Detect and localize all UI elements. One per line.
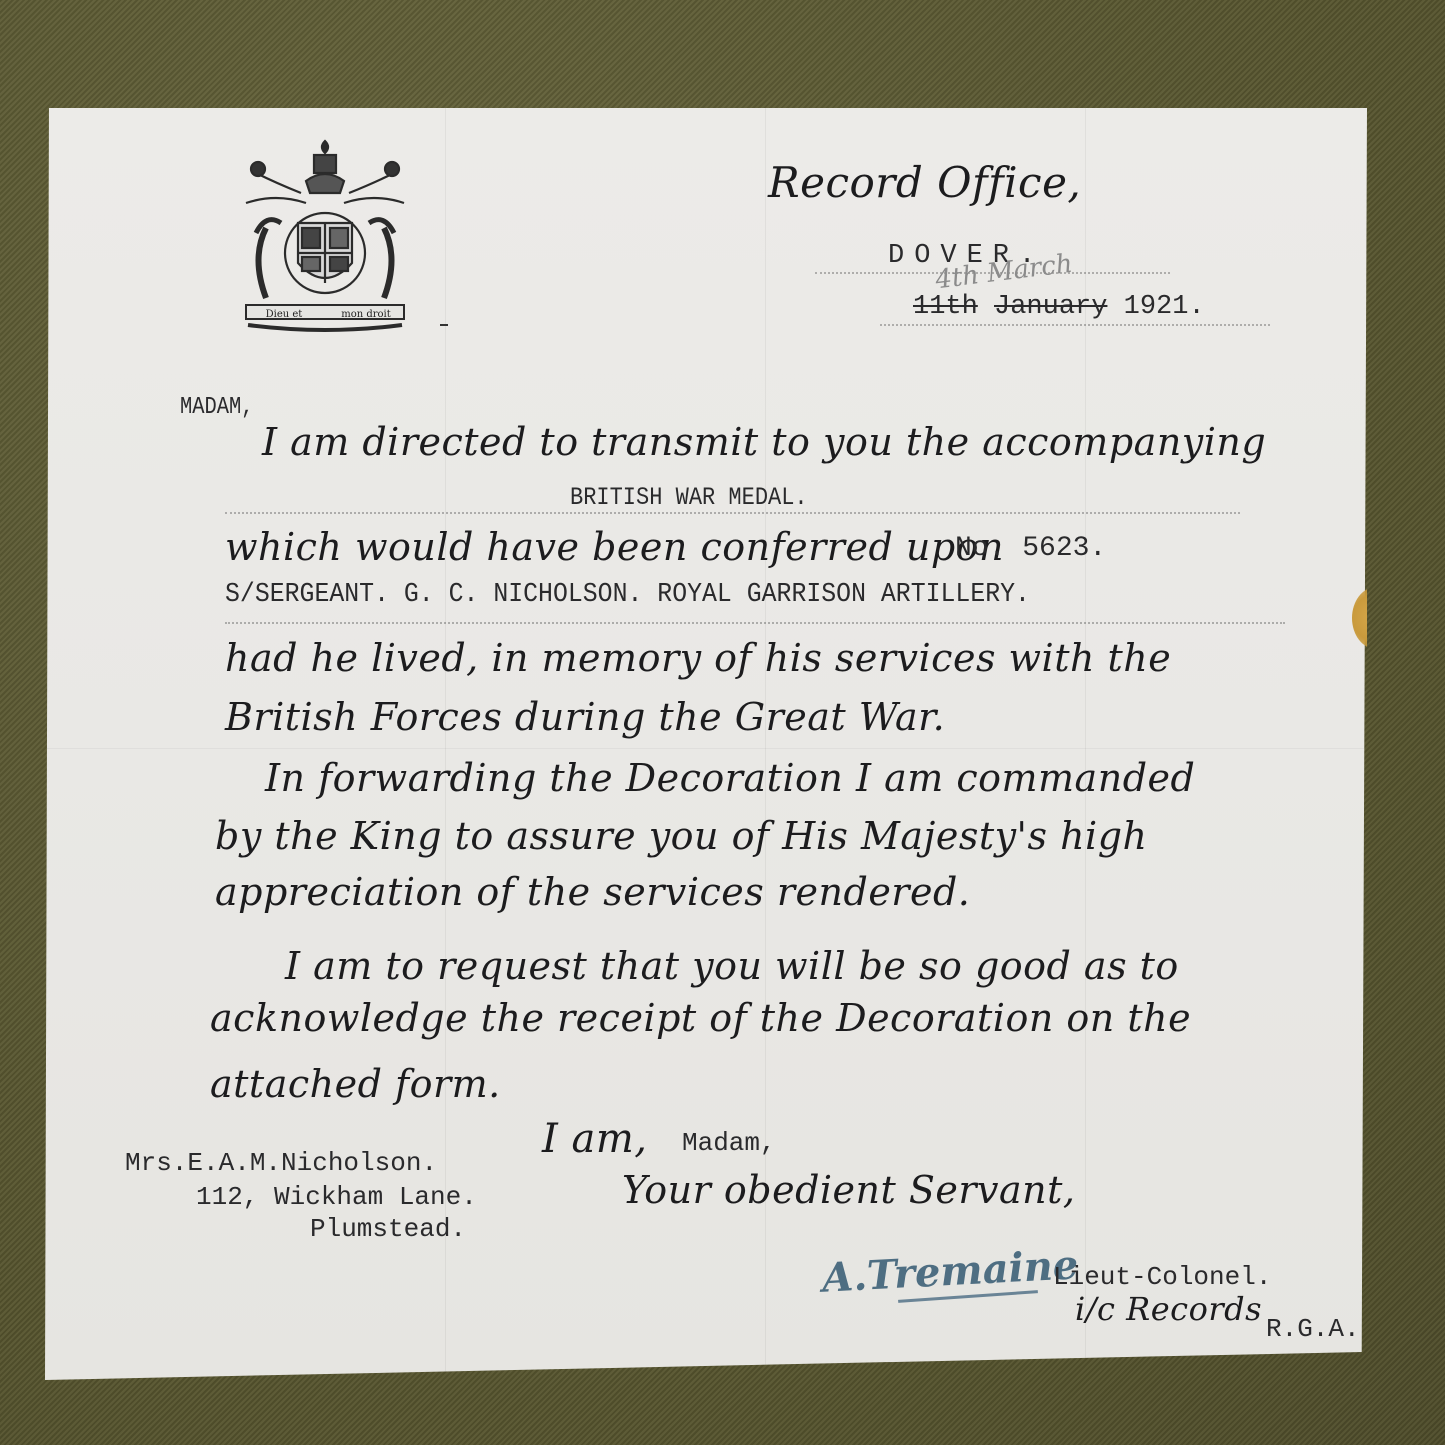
stain-mark — [1352, 587, 1400, 649]
body-line-9: acknowledge the receipt of the Decoratio… — [210, 996, 1191, 1040]
recipient-street: 112, Wickham Lane. — [196, 1182, 477, 1212]
body-line-7: appreciation of the services rendered. — [215, 870, 970, 914]
soldier-rank-name-unit: S/SERGEANT. G. C. NICHOLSON. ROYAL GARRI… — [225, 580, 1030, 610]
service-number: No. 5623. — [955, 533, 1106, 564]
fold-crease — [45, 748, 1367, 749]
date-year: 1921. — [1124, 292, 1205, 322]
signatory-rank: Lieut-Colonel. — [1053, 1262, 1271, 1292]
dotted-rule — [225, 622, 1285, 624]
body-line-6: by the King to assure you of His Majesty… — [215, 814, 1148, 858]
struck-day: 11th — [913, 292, 978, 322]
office-heading: Record Office, — [768, 158, 1081, 207]
body-line-4: British Forces during the Great War. — [225, 695, 945, 739]
closing-madam: Madam, — [682, 1128, 776, 1158]
svg-text:mon droit: mon droit — [341, 309, 391, 320]
royal-coat-of-arms-icon: Dieu et mon droit — [236, 133, 414, 333]
medal-name: BRITISH WAR MEDAL. — [570, 483, 808, 512]
recipient-town: Plumstead. — [310, 1214, 466, 1244]
salutation: MADAM, — [180, 394, 253, 421]
svg-text:Dieu et: Dieu et — [266, 309, 303, 320]
signatory-role: i/c Records — [1075, 1290, 1262, 1328]
struck-month: January — [994, 292, 1107, 322]
body-line-3: had he lived, in memory of his services … — [225, 636, 1171, 680]
dotted-rule — [225, 512, 1240, 514]
body-line-10: attached form. — [210, 1062, 501, 1106]
body-line-2: which would have been conferred upon — [225, 525, 1004, 569]
body-line-8: I am to request that you will be so good… — [285, 944, 1179, 988]
closing-servant: Your obedient Servant, — [622, 1168, 1076, 1212]
print-mark — [440, 324, 448, 326]
letter-date: 11th January 1921. — [913, 292, 1205, 322]
body-line-5: In forwarding the Decoration I am comman… — [265, 756, 1195, 800]
body-line-1: I am directed to transmit to you the acc… — [262, 420, 1266, 464]
dotted-rule — [880, 324, 1270, 326]
recipient-name: Mrs.E.A.M.Nicholson. — [125, 1148, 437, 1178]
closing-i-am: I am, — [542, 1116, 648, 1162]
signatory-unit: R.G.A. — [1266, 1314, 1360, 1344]
